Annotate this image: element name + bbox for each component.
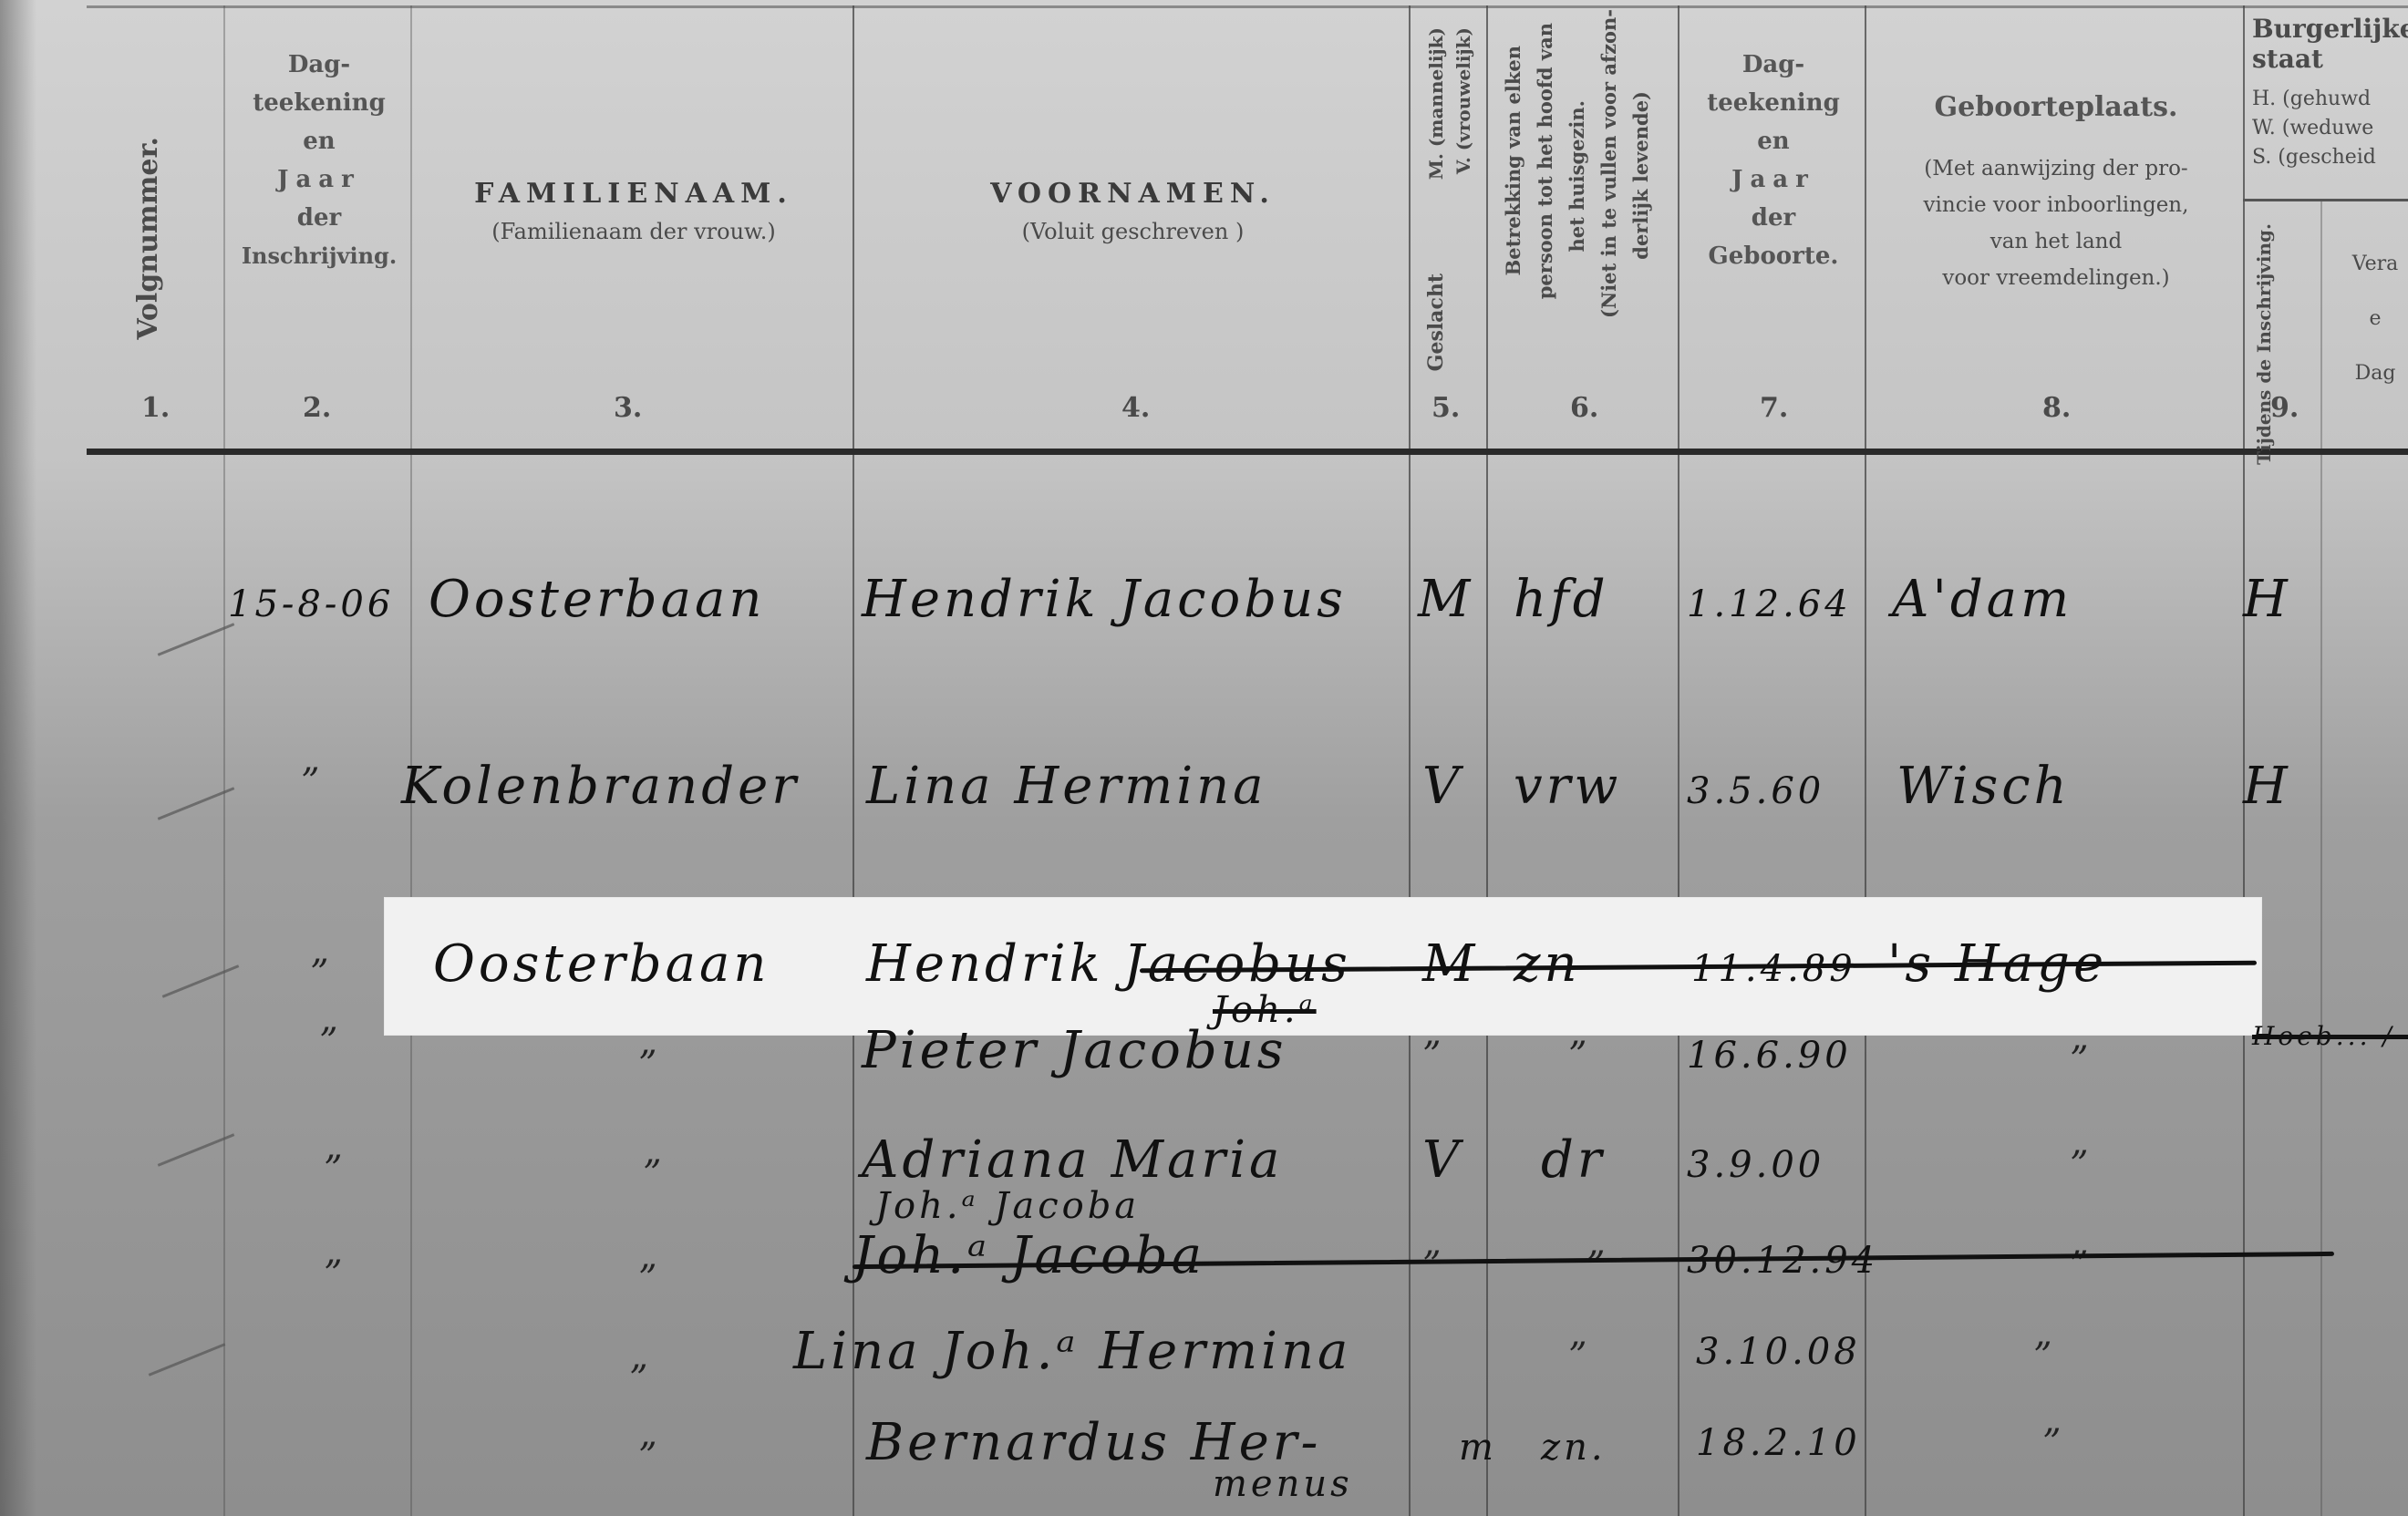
margin-note: Hoeb... / Vatte... xyxy=(2252,1021,2408,1051)
sex: m xyxy=(1459,1427,1497,1469)
given-names: Adriana Maria xyxy=(862,1130,1283,1190)
birthplace: A'dam xyxy=(1892,570,2072,629)
relation: zn xyxy=(1514,934,1581,994)
reg-date: 15-8-06 xyxy=(228,583,394,625)
given-names: Hendrik Jacobus xyxy=(862,570,1347,629)
header-geboorte-date: Dag- teekening en Jaar der Geboorte. xyxy=(1682,36,1865,284)
sex-ditto: ” xyxy=(1422,1035,1441,1077)
given-names: Joh.ᵃ Jacoba xyxy=(853,1226,1205,1285)
surname-ditto: ” xyxy=(638,1436,656,1478)
header-familienaam: FAMILIENAAM. (Familienaam der vrouw.) xyxy=(415,178,853,244)
surname-ditto: ” xyxy=(638,1044,656,1086)
sex: V xyxy=(1422,757,1462,816)
sex: V xyxy=(1422,1130,1462,1190)
reg-date-ditto: ” xyxy=(301,761,319,803)
relation-ditto: ” xyxy=(1568,1336,1586,1377)
header-next-column: Vera e Dag xyxy=(2334,237,2408,401)
header-burgerlijke-staat: Burgerlijke staat H. (gehuwd W. (weduwe … xyxy=(2252,14,2408,172)
surname-ditto: ” xyxy=(638,1258,656,1300)
sex-ditto: ” xyxy=(1422,1244,1441,1286)
header-rule xyxy=(87,449,2408,455)
margin-tick xyxy=(162,964,240,997)
column-number: 9. xyxy=(2270,392,2299,424)
given-names-continuation: menus xyxy=(1213,1463,1353,1505)
header-geslacht: Geslacht xyxy=(1422,273,1450,371)
birth-date: 3.5.60 xyxy=(1687,770,1824,812)
burgerlijke-staat-subrule xyxy=(2243,199,2408,201)
birthplace-ditto: ” xyxy=(2070,1039,2088,1081)
relation: vrw xyxy=(1514,757,1621,816)
surname: Oosterbaan xyxy=(433,934,770,994)
header-betrekking-1: Betrekking van elken xyxy=(1500,46,1527,275)
civil-status: H xyxy=(2243,570,2291,629)
reg-date-ditto: ” xyxy=(310,953,328,995)
column-divider xyxy=(1486,5,1488,1516)
reg-date-ditto: ” xyxy=(319,1021,337,1063)
header-betrekking-3: het huisgezin. xyxy=(1564,100,1591,253)
header-inschrijving-date: Dag- teekening en Jaar der Inschrijving. xyxy=(228,36,410,284)
column-number: 3. xyxy=(614,392,642,424)
relation-ditto: ” xyxy=(1568,1035,1586,1077)
given-names: Hendrik Jacobus xyxy=(866,934,1351,994)
civil-status: H xyxy=(2243,757,2291,816)
column-divider xyxy=(2320,201,2322,1516)
column-divider xyxy=(1678,5,1679,1516)
header-geboorteplaats: Geboorteplaats. (Met aanwijzing der pro-… xyxy=(1869,91,2243,296)
birth-date: 3.9.00 xyxy=(1687,1144,1824,1186)
reg-date-ditto: ” xyxy=(324,1253,342,1295)
birth-date: 11.4.89 xyxy=(1691,948,1856,990)
column-number: 6. xyxy=(1570,392,1598,424)
relation: hfd xyxy=(1514,570,1609,629)
birthplace-ditto: ” xyxy=(2033,1336,2051,1377)
margin-tick xyxy=(149,1343,226,1376)
given-names: Lina Joh.ᵃ Hermina xyxy=(793,1322,1351,1381)
sex: M xyxy=(1418,570,1473,629)
column-number: 7. xyxy=(1760,392,1788,424)
surname-ditto: ” xyxy=(629,1358,647,1400)
header-betrekking-2: persoon tot het hoofd van xyxy=(1532,23,1559,299)
birth-date: 1.12.64 xyxy=(1687,583,1852,625)
header-geslacht-v: V. (vrouwelijk) xyxy=(1450,27,1477,174)
register-page: Volgnummer. Dag- teekening en Jaar der I… xyxy=(0,0,2408,1516)
header-geslacht-m: M. (mannelijk) xyxy=(1422,27,1450,180)
relation: zn. xyxy=(1541,1427,1607,1469)
column-number: 4. xyxy=(1121,392,1150,424)
given-names: Pieter Jacobus xyxy=(862,1021,1287,1080)
header-voornamen: VOORNAMEN. (Voluit geschreven ) xyxy=(857,178,1409,244)
column-divider xyxy=(1865,5,1866,1516)
birthplace-ditto: ” xyxy=(2070,1144,2088,1186)
sex: M xyxy=(1422,934,1478,994)
surname: Oosterbaan xyxy=(429,570,765,629)
column-number: 8. xyxy=(2042,392,2071,424)
birthplace-ditto: ” xyxy=(2042,1422,2061,1464)
relation-ditto: ” xyxy=(1586,1244,1605,1286)
surname-ditto: ” xyxy=(643,1153,661,1195)
column-number: 5. xyxy=(1431,392,1460,424)
relation: dr xyxy=(1541,1130,1606,1190)
birthplace-ditto: ” xyxy=(2070,1244,2088,1286)
header-betrekking-4: (Niet in te vullen voor afzon- xyxy=(1596,9,1623,318)
column-divider xyxy=(223,5,225,1516)
reg-date-ditto: ” xyxy=(324,1149,342,1191)
birth-date: 16.6.90 xyxy=(1687,1035,1852,1077)
column-number: 1. xyxy=(141,392,170,424)
birth-date: 3.10.08 xyxy=(1696,1331,1861,1373)
birthplace: Wisch xyxy=(1896,757,2071,816)
birth-date: 18.2.10 xyxy=(1696,1422,1861,1464)
column-number: 2. xyxy=(303,392,331,424)
column-divider xyxy=(853,5,854,1516)
top-border xyxy=(87,5,2408,8)
surname: Kolenbrander xyxy=(401,757,800,816)
given-names-correction: Joh.ᵃ Jacoba xyxy=(875,1185,1140,1227)
column-divider xyxy=(1409,5,1411,1516)
header-tijdens-inschrijving: Tijdens de Inschrijving. xyxy=(2252,223,2307,465)
header-volgnummer: Volgnummer. xyxy=(135,137,162,340)
header-betrekking-5: derlijk levende) xyxy=(1628,91,1655,260)
given-names: Lina Hermina xyxy=(866,757,1267,816)
